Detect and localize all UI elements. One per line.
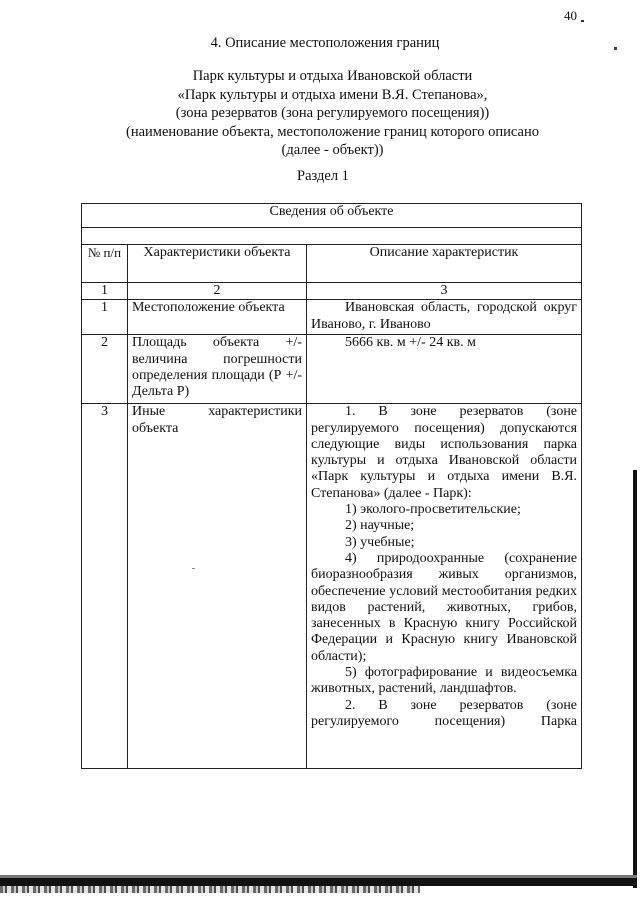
document-heading: 4. Описание местоположения границ	[5, 35, 640, 52]
row-number: 3	[82, 404, 128, 769]
object-info-table: Сведения об объекте № п/п Характеристики…	[81, 203, 582, 769]
object-intro: Парк культуры и отдыха Ивановской област…	[100, 67, 565, 160]
table-title-row: Сведения об объекте	[82, 204, 582, 228]
row-number: 1	[82, 300, 128, 335]
scan-noise	[0, 886, 420, 893]
row-characteristic: Иные характеристики объекта	[128, 404, 307, 769]
table-title: Сведения об объекте	[82, 204, 582, 228]
intro-line: (далее - объект))	[100, 141, 565, 160]
header-description: Описание характеристик	[307, 245, 582, 283]
description-list-item: 5) фотографирование и видеосъемка животн…	[311, 665, 577, 698]
intro-line: (зона резерватов (зона регулируемого пос…	[100, 104, 565, 123]
column-index: 1	[82, 283, 128, 300]
column-index: 3	[307, 283, 582, 300]
row-description: 5666 кв. м +/- 24 кв. м	[307, 335, 582, 404]
row-description: Ивановская область, городской округ Иван…	[307, 300, 582, 335]
description-paragraph: 2. В зоне резерватов (зоне регулируемого…	[311, 698, 577, 731]
description-list-item: 1) эколого-просветительские;	[311, 502, 577, 518]
description-list-item: 3) учебные;	[311, 535, 577, 551]
row-description: 1. В зоне резерватов (зоне регулируемого…	[307, 404, 582, 769]
row-number: 2	[82, 335, 128, 404]
scan-edge-bottom	[0, 878, 637, 886]
intro-line: «Парк культуры и отдыха имени В.Я. Степа…	[100, 86, 565, 105]
column-index: 2	[128, 283, 307, 300]
table-row: 2 Площадь объекта +/- величина погрешнос…	[82, 335, 582, 404]
column-index-row: 1 2 3	[82, 283, 582, 300]
intro-line: Парк культуры и отдыха Ивановской област…	[100, 67, 565, 86]
description-list-item: 4) природоохранные (сохранение биоразноо…	[311, 551, 577, 665]
table-blank-row	[82, 228, 582, 245]
scan-edge-right	[633, 470, 637, 888]
page-number: 40	[564, 8, 577, 24]
header-characteristic: Характеристики объекта	[128, 245, 307, 283]
blank-cell	[82, 228, 582, 245]
description-paragraph: 1. В зоне резерватов (зоне регулируемого…	[311, 404, 577, 502]
row-characteristic: Местоположение объекта	[128, 300, 307, 335]
table-row: 3 Иные характеристики объекта 1. В зоне …	[82, 404, 582, 769]
section-title: Раздел 1	[3, 168, 640, 185]
header-number: № п/п	[82, 245, 128, 283]
table-header-row: № п/п Характеристики объекта Описание ха…	[82, 245, 582, 283]
row-characteristic: Площадь объекта +/- величина погрешности…	[128, 335, 307, 404]
table-row: 1 Местоположение объекта Ивановская обла…	[82, 300, 582, 335]
description-list-item: 2) научные;	[311, 518, 577, 534]
intro-line: (наименование объекта, местоположение гр…	[100, 123, 565, 142]
